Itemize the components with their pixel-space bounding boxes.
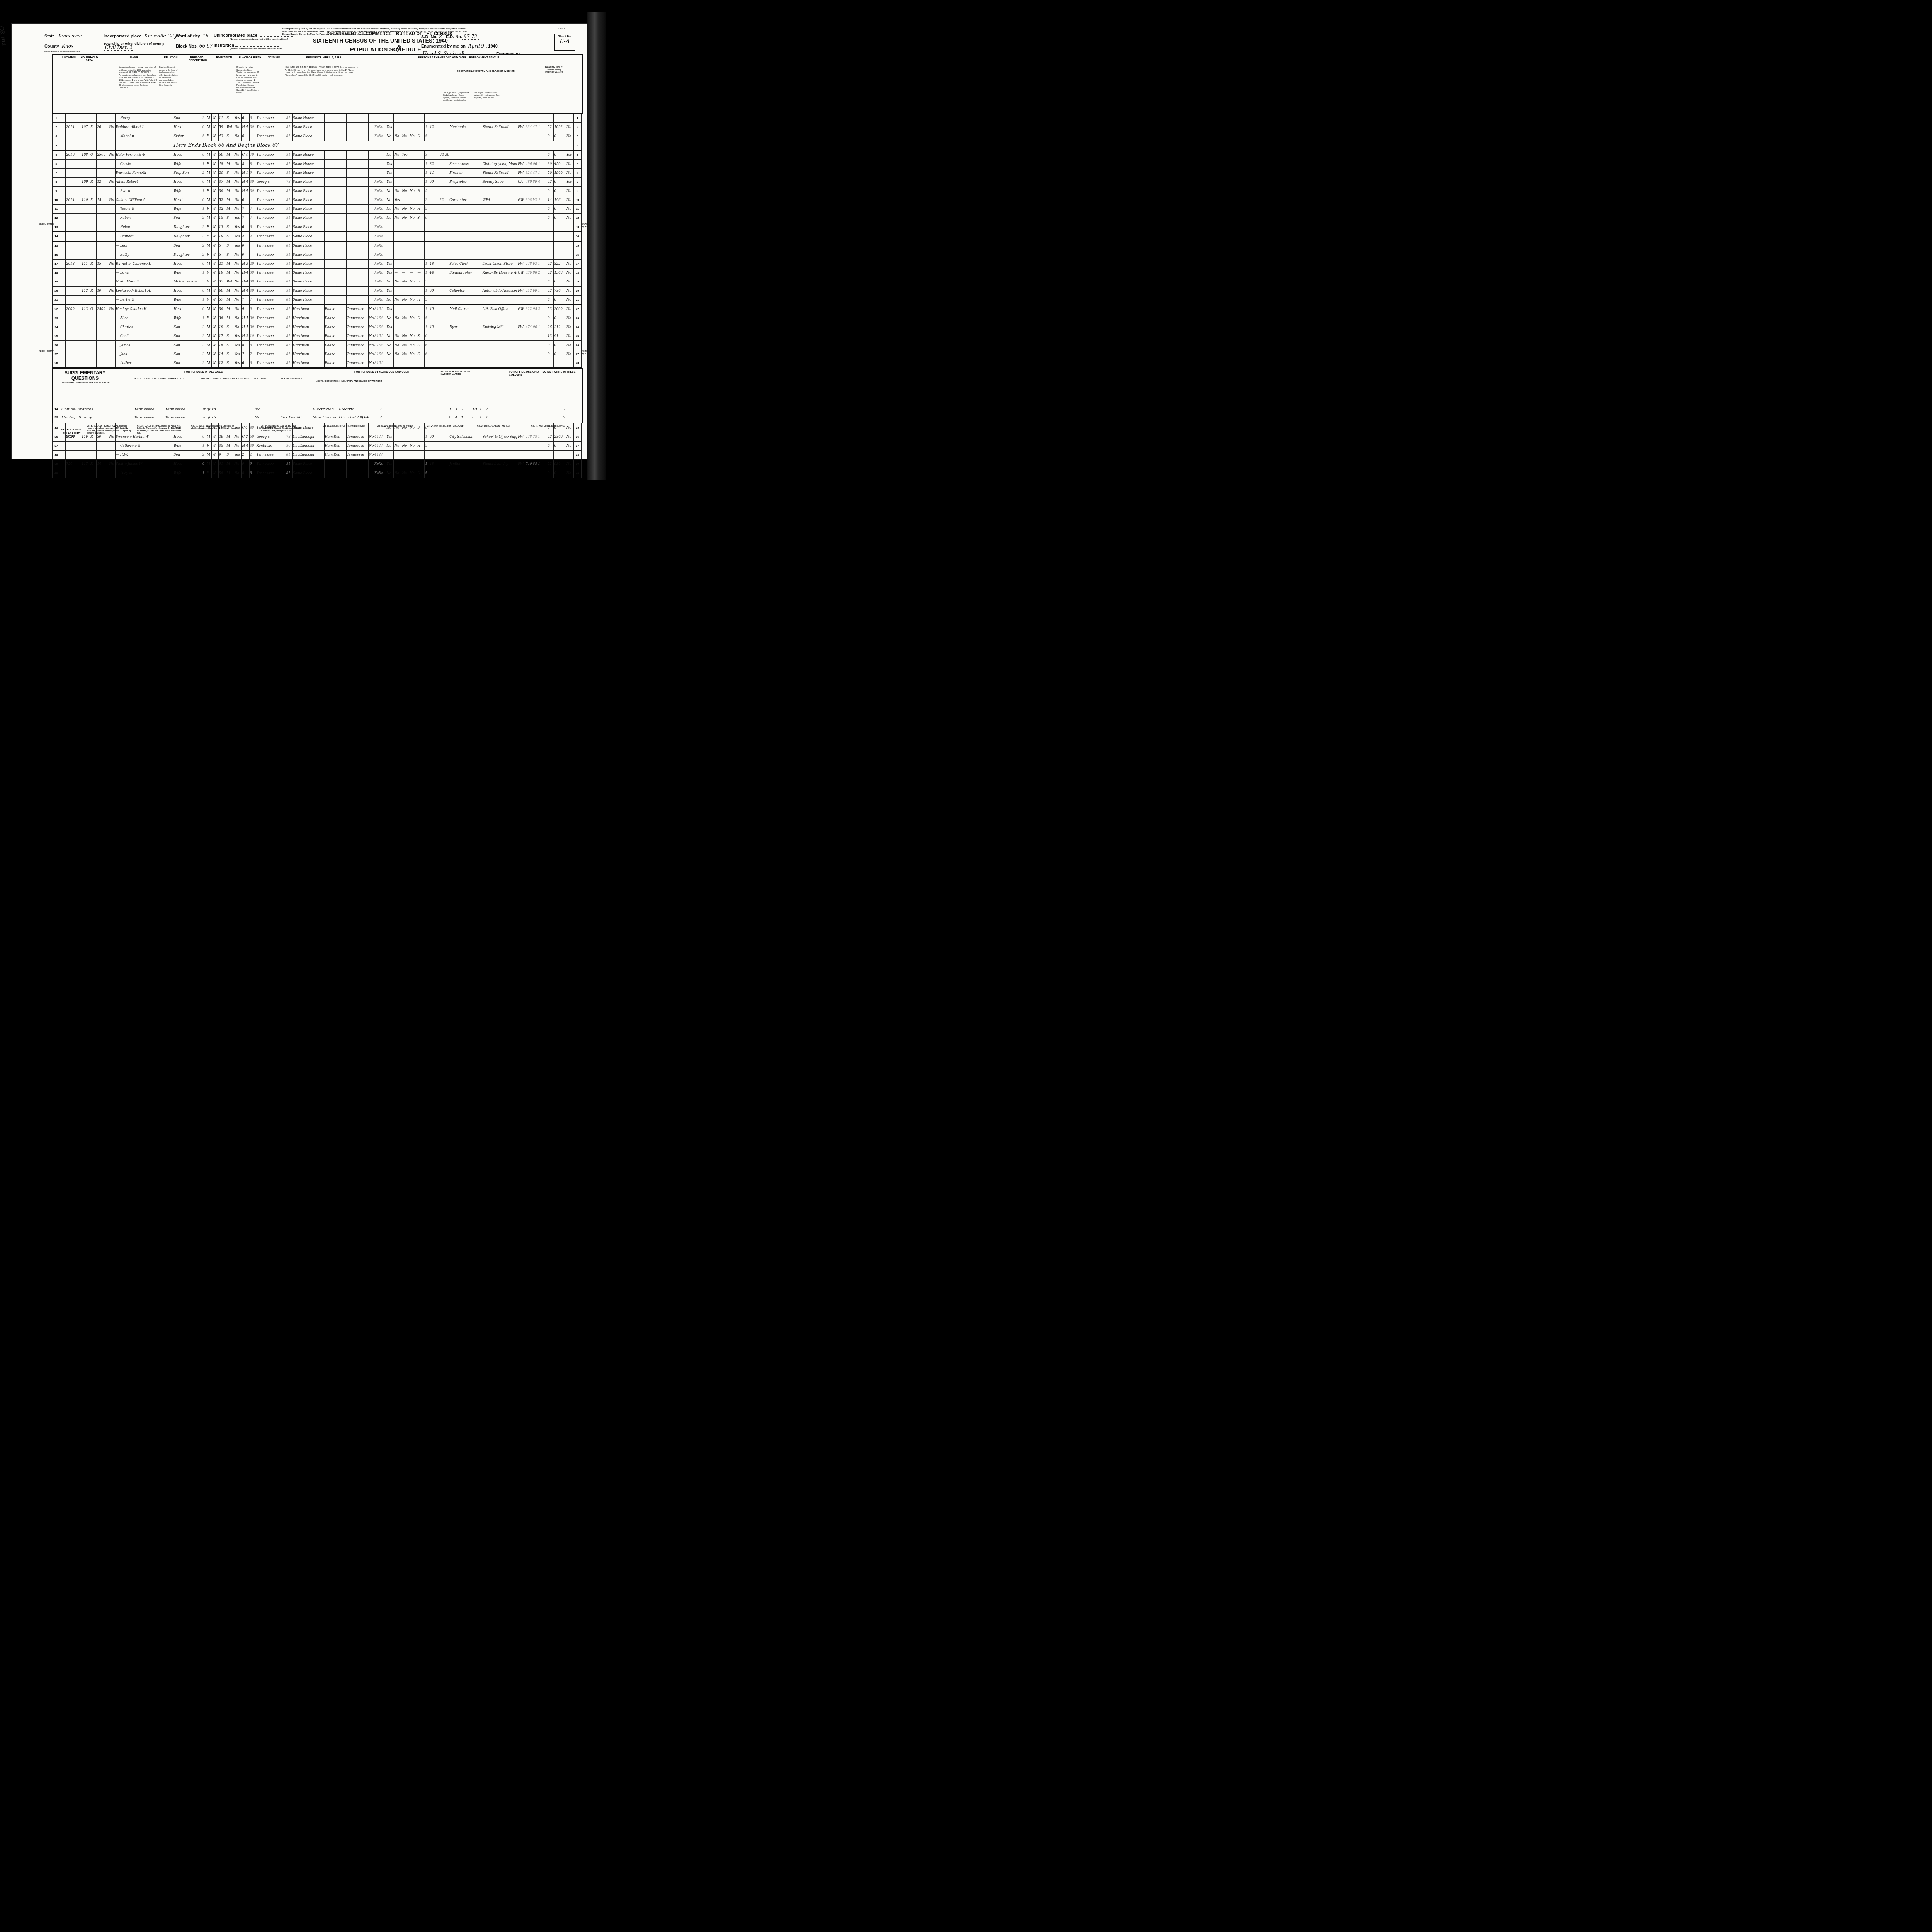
cell-e: 6 xyxy=(425,332,429,341)
cell-value: 14 xyxy=(97,459,109,469)
cell-owned: O xyxy=(90,150,97,160)
cell-house xyxy=(66,286,81,295)
symbols-title: SYMBOLS AND EXPLANATORY NOTES xyxy=(59,428,82,439)
cell-wages: 0 xyxy=(554,150,566,160)
ward-value: 16 xyxy=(201,33,210,39)
cell-c25: — xyxy=(417,269,425,277)
cell-marital: Wd xyxy=(226,277,234,286)
birth-instructions: If born in the United States, give State… xyxy=(236,66,260,94)
cell-farm xyxy=(109,250,115,259)
cell-c: 81 xyxy=(286,187,292,196)
cell-industry xyxy=(482,223,517,232)
cell-c26: 48 xyxy=(429,459,439,469)
state-value: Tennessee xyxy=(56,33,83,39)
cell-industry xyxy=(482,277,517,286)
cell-relation: Son xyxy=(173,341,202,350)
cell-c26: 60 xyxy=(429,286,439,295)
cell-res-city: Harriman xyxy=(292,314,324,323)
cell-occupation: Proprietor xyxy=(449,178,482,187)
cell-c24: No xyxy=(409,314,417,323)
cell-marital: M xyxy=(226,187,234,196)
cell-c24: — xyxy=(409,286,417,295)
line-number: 20 xyxy=(573,286,581,295)
cell-res-state xyxy=(346,232,368,241)
cell-c27 xyxy=(439,286,449,295)
cell-sex: M xyxy=(206,168,212,177)
cell-c24 xyxy=(409,232,417,241)
cell-street xyxy=(60,459,65,469)
cell-e: 1 xyxy=(425,286,429,295)
cell-weeks xyxy=(547,250,554,259)
cell-c25: S xyxy=(417,214,425,223)
cell-e: 6 xyxy=(425,214,429,223)
cell-sex: M xyxy=(206,123,212,132)
line-number: 2 xyxy=(53,123,60,132)
cell-owned xyxy=(90,132,97,141)
cell-marital: M xyxy=(226,178,234,187)
cell-d xyxy=(374,150,386,160)
cell-race: W xyxy=(212,223,218,232)
cell-c25 xyxy=(417,241,425,250)
cell-res-farm xyxy=(368,160,374,168)
cell-relation: Head xyxy=(173,459,202,469)
cell-race: W xyxy=(212,168,218,177)
cell-birthplace: Tennessee xyxy=(256,168,286,177)
cell-farm xyxy=(109,214,115,223)
cell-d: XoXo xyxy=(374,214,386,223)
cell-farm xyxy=(109,223,115,232)
table-row: 18— EdnaWife1FW19MNoH-430Tennessee81Same… xyxy=(53,269,582,277)
cell-c24 xyxy=(409,250,417,259)
cell-name: — Jack xyxy=(115,350,173,359)
cell-res-farm xyxy=(368,232,374,241)
cell-res-farm xyxy=(368,469,374,478)
cell-farm xyxy=(109,241,115,250)
line-number: 6 xyxy=(573,160,581,168)
cell-sex: F xyxy=(206,269,212,277)
cell-b: 20 xyxy=(249,259,256,268)
cell-res-county xyxy=(324,286,346,295)
cell-house xyxy=(66,359,81,368)
table-row: 172018111R15NoBurnette: Clarence LHead0M… xyxy=(53,259,582,268)
cell-name: — Robert xyxy=(115,214,173,223)
cell-res-county xyxy=(324,250,346,259)
cell-house: 750 xyxy=(66,459,81,469)
cell-res-farm xyxy=(368,295,374,304)
cell-c27 xyxy=(439,269,449,277)
cell-school: Yes xyxy=(234,223,241,232)
line-number: 15 xyxy=(53,241,60,250)
cell-other-income: No xyxy=(566,259,573,268)
cell-age: 20 xyxy=(218,168,226,177)
line-number: 22 xyxy=(573,304,581,314)
cell-c: 81 xyxy=(286,341,292,350)
cell-c22: — xyxy=(394,178,401,187)
cell-res-county xyxy=(324,160,346,168)
cell-c23: — xyxy=(401,304,409,314)
cell-school: No xyxy=(234,123,241,132)
cell-d: XoXo xyxy=(374,295,386,304)
cell-e: 5 xyxy=(425,132,429,141)
line-number: 16 xyxy=(573,250,581,259)
cell-c25: — xyxy=(417,323,425,332)
cell-birthplace: Tennessee xyxy=(256,323,286,332)
cell-street xyxy=(60,150,65,160)
institution-field: Institution xyxy=(214,43,281,48)
cell-wages: 0 xyxy=(554,178,566,187)
cell-other-income: No xyxy=(566,214,573,223)
cell-street xyxy=(60,187,65,196)
cell-c25: H xyxy=(417,204,425,213)
cell-street xyxy=(60,132,65,141)
cell-value xyxy=(97,350,109,359)
cell-age: 60 xyxy=(218,286,226,295)
cell-grade: 9 xyxy=(241,459,249,469)
cell-class: PW xyxy=(517,168,525,177)
cell-grade: H-4 xyxy=(241,286,249,295)
supp-cell-name: Henley: Tommy xyxy=(61,415,92,420)
cell-birthplace: Tennessee xyxy=(256,286,286,295)
line-number: 9 xyxy=(573,187,581,196)
supp-cell-veteran: No xyxy=(255,415,260,420)
cell-name: — Eva ⊗ xyxy=(115,187,173,196)
cell-f: 780 89 4 xyxy=(525,178,547,187)
cell-street xyxy=(60,232,65,241)
line-number: 17 xyxy=(53,259,60,268)
cell-weeks: 0 xyxy=(547,187,554,196)
cell-c22: — xyxy=(394,304,401,314)
cell-house xyxy=(66,277,81,286)
cell-class xyxy=(517,250,525,259)
cell-c24: — xyxy=(409,196,417,204)
section-personal: PERSONAL DESCRIPTION xyxy=(184,56,211,62)
cell-res-state xyxy=(346,241,368,250)
cell-farm: No xyxy=(109,304,115,314)
cell-c: 81 xyxy=(286,332,292,341)
cell-res-city: Harriman xyxy=(292,332,324,341)
cell-owned xyxy=(90,204,97,213)
cell-owned xyxy=(90,332,97,341)
cell-f xyxy=(525,332,547,341)
line-number: 19 xyxy=(573,277,581,286)
cell-owned xyxy=(90,187,97,196)
cell-grade: H-4 xyxy=(241,314,249,323)
cell-age: 56 xyxy=(218,469,226,478)
cell-c23 xyxy=(401,114,409,123)
supp-cell-k: 0 xyxy=(449,415,451,420)
cell-class: OA xyxy=(517,178,525,187)
cell-visit xyxy=(81,187,90,196)
cell-a: 0 xyxy=(202,304,206,314)
cell-c: 81 xyxy=(286,459,292,469)
cell-c: 81 xyxy=(286,150,292,160)
cell-c25: H xyxy=(417,314,425,323)
cell-c23: No xyxy=(401,214,409,223)
cell-res-farm xyxy=(368,269,374,277)
cell-industry xyxy=(482,250,517,259)
cell-a: 0 xyxy=(202,459,206,469)
cell-c26 xyxy=(429,469,439,478)
cell-c21: No xyxy=(386,341,394,350)
cell-street xyxy=(60,269,65,277)
cell-res-county xyxy=(324,295,346,304)
cell-weeks: 0 xyxy=(547,132,554,141)
cell-d: XoXo xyxy=(374,277,386,286)
schedule-title: POPULATION SCHEDULE xyxy=(350,46,421,53)
cell-birthplace: Tennessee xyxy=(256,160,286,168)
cell-house xyxy=(66,232,81,241)
line-number: 7 xyxy=(53,168,60,177)
cell-d: XoXo xyxy=(374,459,386,469)
cell-b xyxy=(249,196,256,204)
cell-class xyxy=(517,332,525,341)
cell-school: No xyxy=(234,160,241,168)
cell-e: 1 xyxy=(425,269,429,277)
block-boundary-note: Here Ends Block 66 And Begins Block 67 xyxy=(173,141,573,150)
cell-res-state xyxy=(346,250,368,259)
cell-b: 7 xyxy=(249,295,256,304)
cell-visit xyxy=(81,269,90,277)
cell-birthplace: Tennessee xyxy=(256,223,286,232)
cell-f xyxy=(525,350,547,359)
cell-c22 xyxy=(394,232,401,241)
empty-cell xyxy=(90,141,97,150)
cell-b: 8 xyxy=(249,469,256,478)
cell-house xyxy=(66,341,81,350)
cell-c22: No xyxy=(394,277,401,286)
suppl-quest-marker-29-right: SUPPL. QUEST. xyxy=(582,350,589,355)
cell-c27 xyxy=(439,341,449,350)
cell-industry xyxy=(482,204,517,213)
cell-f xyxy=(525,314,547,323)
cell-owned xyxy=(90,168,97,177)
cell-res-county xyxy=(324,469,346,478)
cell-b: 30 xyxy=(249,123,256,132)
cell-farm xyxy=(109,204,115,213)
cell-name: Lockwood: Robert H. xyxy=(115,286,173,295)
cell-sex: F xyxy=(206,204,212,213)
cell-name: Warwick: Kenneth xyxy=(115,168,173,177)
cell-c: 81 xyxy=(286,232,292,241)
cell-res-farm xyxy=(368,150,374,160)
cell-a: 1 xyxy=(202,314,206,323)
cell-res-farm xyxy=(368,168,374,177)
cell-c24 xyxy=(409,223,417,232)
cell-c22: — xyxy=(394,459,401,469)
cell-wages: 0 xyxy=(554,469,566,478)
cell-class xyxy=(517,204,525,213)
cell-res-city: Same Place xyxy=(292,459,324,469)
cell-occupation xyxy=(449,469,482,478)
cell-c26: 42 xyxy=(429,123,439,132)
cell-c: 81 xyxy=(286,123,292,132)
cell-birthplace: Tennessee xyxy=(256,304,286,314)
cell-marital: M xyxy=(226,286,234,295)
cell-visit xyxy=(81,314,90,323)
cell-c21: Yes xyxy=(386,178,394,187)
cell-class xyxy=(517,314,525,323)
cell-name: — Luther xyxy=(115,359,173,368)
cell-weeks: 0 xyxy=(547,350,554,359)
cell-race: W xyxy=(212,350,218,359)
cell-weeks: 52 xyxy=(547,459,554,469)
cell-a: 2 xyxy=(202,214,206,223)
cell-c23: — xyxy=(401,323,409,332)
cell-res-county xyxy=(324,132,346,141)
cell-race: W xyxy=(212,341,218,350)
cell-school: Yes xyxy=(234,232,241,241)
cell-c21: Yes xyxy=(386,259,394,268)
cell-weeks: 0 xyxy=(547,341,554,350)
cell-a: 1 xyxy=(202,269,206,277)
cell-other-income: No xyxy=(566,314,573,323)
cell-c25 xyxy=(417,359,425,368)
cell-value xyxy=(97,269,109,277)
cell-sex: M xyxy=(206,459,212,469)
table-row: 40— Lucy ⊗Wife1FW56MNo88Tennessee81Same … xyxy=(53,469,582,478)
table-row: 39750117R14NoSmith: James WHead0MW61MNo9… xyxy=(53,459,582,469)
cell-relation: Wife xyxy=(173,469,202,478)
cell-res-county xyxy=(324,269,346,277)
cell-age: 17 xyxy=(218,332,226,341)
cell-age: 43 xyxy=(218,132,226,141)
cell-e: 5 xyxy=(425,295,429,304)
cell-d: XoXo xyxy=(374,269,386,277)
cell-industry xyxy=(482,132,517,141)
cell-relation: Head xyxy=(173,150,202,160)
cell-birthplace: Tennessee xyxy=(256,332,286,341)
cell-weeks xyxy=(547,232,554,241)
cell-sex: F xyxy=(206,277,212,286)
cell-c23 xyxy=(401,250,409,259)
explanatory-notes: SYMBOLS AND EXPLANATORY NOTES Col. 5. VA… xyxy=(52,424,582,455)
cell-sex: F xyxy=(206,314,212,323)
cell-relation: Wife xyxy=(173,269,202,277)
cell-weeks: 52 xyxy=(547,259,554,268)
cell-weeks: 52 xyxy=(547,286,554,295)
cell-grade: 6 xyxy=(241,114,249,123)
cell-occupation xyxy=(449,314,482,323)
cell-res-county xyxy=(324,168,346,177)
cell-weeks: 52 xyxy=(547,178,554,187)
cell-b: 10 xyxy=(249,332,256,341)
cell-c27 xyxy=(439,259,449,268)
cell-d: XoXo xyxy=(374,286,386,295)
name-instructions: Name of each person whose usual place of… xyxy=(119,66,157,89)
cell-age: 10 xyxy=(218,232,226,241)
cell-res-city: Harriman xyxy=(292,323,324,332)
cell-grade: H-4 xyxy=(241,123,249,132)
cell-industry xyxy=(482,314,517,323)
cell-school: No xyxy=(234,250,241,259)
line-number: 25 xyxy=(53,332,60,341)
cell-sex: M xyxy=(206,332,212,341)
cell-e: 5 xyxy=(425,314,429,323)
cell-visit: 113 xyxy=(81,304,90,314)
cell-d: XoXo xyxy=(374,132,386,141)
cell-farm xyxy=(109,469,115,478)
cell-b: 30 xyxy=(249,277,256,286)
cell-res-state xyxy=(346,286,368,295)
empty-cell xyxy=(109,141,115,150)
cell-res-state: Tennessee xyxy=(346,359,368,368)
cell-c24: No xyxy=(409,332,417,341)
cell-school: Yes xyxy=(234,350,241,359)
supp-cell-father: Tennessee xyxy=(134,407,155,412)
supp-cell-q: 1 xyxy=(486,415,488,420)
cell-c: 81 xyxy=(286,250,292,259)
cell-name: — Cassie xyxy=(115,160,173,168)
cell-wages: 0 xyxy=(554,277,566,286)
cell-e: 1 xyxy=(425,123,429,132)
cell-grade: 7 xyxy=(241,350,249,359)
table-row: 28— LutherSon2MW12SYes66Tennessee81Harri… xyxy=(53,359,582,368)
cell-e: 6 xyxy=(425,341,429,350)
cell-age: 16 xyxy=(218,341,226,350)
line-number: 8 xyxy=(53,178,60,187)
cell-industry xyxy=(482,350,517,359)
cell-marital: S xyxy=(226,350,234,359)
cell-class xyxy=(517,214,525,223)
supp-cell-ss44: All xyxy=(296,415,302,420)
cell-e: 5 xyxy=(425,187,429,196)
cell-c26: 44 xyxy=(429,269,439,277)
cell-occupation xyxy=(449,341,482,350)
note-col24: Col. 24. DID THIS PERSON HAVE A JOB? xyxy=(427,425,473,427)
cell-c25: H xyxy=(417,295,425,304)
cell-c21 xyxy=(386,359,394,368)
cell-industry xyxy=(482,114,517,123)
cell-class xyxy=(517,132,525,141)
note-col11: Col. 11. AGE AT LAST BIRTHDAY: Enter age… xyxy=(191,425,238,430)
table-row: 6— CassieWife1FW48MNo88Tennessee81Same H… xyxy=(53,160,582,168)
note-col21: Col. 21. WAS THIS PERSON AT WORK? xyxy=(377,425,423,427)
cell-a: 0 xyxy=(202,196,206,204)
cell-other-income: Yes xyxy=(566,178,573,187)
cell-value xyxy=(97,314,109,323)
cell-c24: — xyxy=(409,178,417,187)
cell-other-income: Yes xyxy=(566,150,573,160)
note-col41: Col. 41. WAR OR MILITARY SERVICE xyxy=(531,425,578,427)
line-number: 21 xyxy=(53,295,60,304)
cell-c21 xyxy=(386,250,394,259)
cell-e: 1 xyxy=(425,304,429,314)
cell-marital: M xyxy=(226,269,234,277)
cell-value xyxy=(97,250,109,259)
cell-school: No xyxy=(234,196,241,204)
cell-visit: 108 xyxy=(81,150,90,160)
cell-value xyxy=(97,295,109,304)
cell-other-income: No xyxy=(566,132,573,141)
cell-res-county: Roane xyxy=(324,359,346,368)
cell-res-city: Same Place xyxy=(292,286,324,295)
cell-c22: No xyxy=(394,295,401,304)
cell-c25: — xyxy=(417,196,425,204)
cell-owned: R xyxy=(90,259,97,268)
supp-cell-m: 1 xyxy=(461,415,463,420)
line-number: 10 xyxy=(53,196,60,204)
cell-sex: F xyxy=(206,250,212,259)
cell-res-city: Same House xyxy=(292,114,324,123)
cell-res-county xyxy=(324,259,346,268)
cell-house xyxy=(66,250,81,259)
cell-c25 xyxy=(417,114,425,123)
cell-visit xyxy=(81,341,90,350)
cell-c23: Yes xyxy=(401,150,409,160)
supp-cell-line: 29 xyxy=(54,415,58,419)
line-number: 7 xyxy=(573,168,581,177)
cell-a: 1 xyxy=(202,469,206,478)
